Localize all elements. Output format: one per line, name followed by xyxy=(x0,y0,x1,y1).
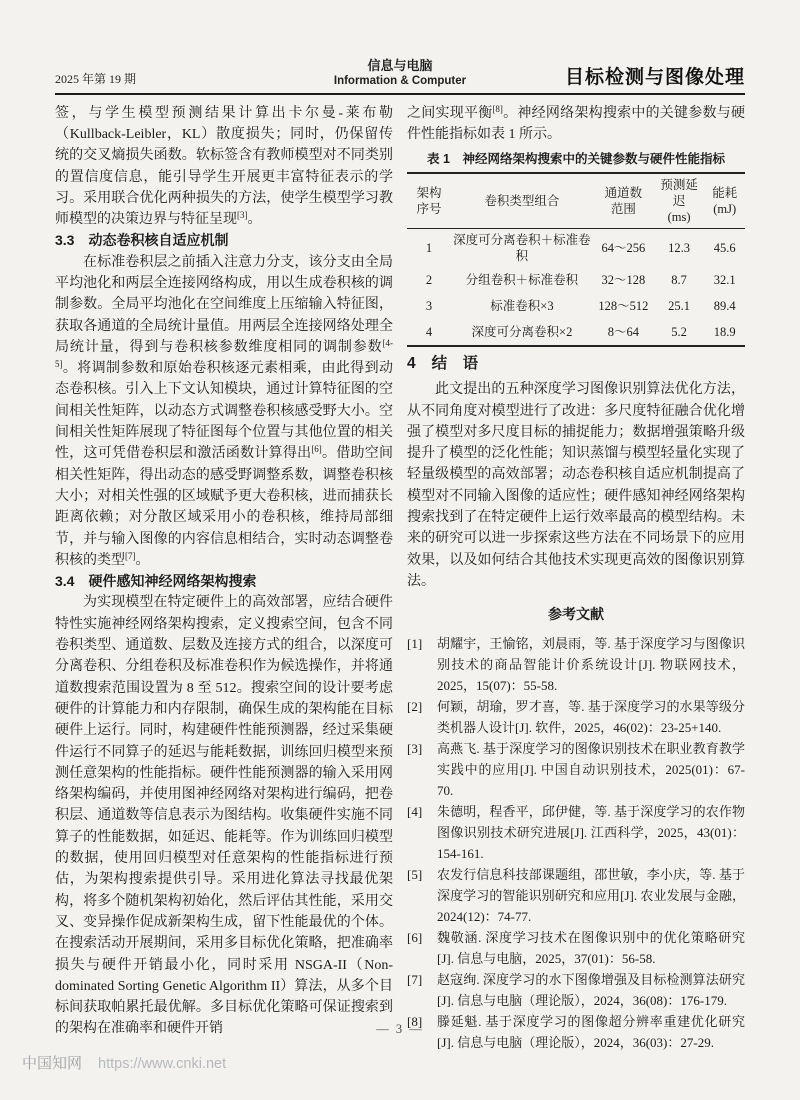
cell-channel-range: 8～64 xyxy=(593,319,654,346)
section-number: 3.3 xyxy=(55,232,74,248)
paragraph-balance: 之间实现平衡[8]。神经网络架构搜索中的关键参数与硬件性能指标如表 1 所示。 xyxy=(407,103,745,146)
reference-text: 胡耀宇，王愉铭，刘晨雨，等. 基于深度学习与图像识别技术的商品智能计价系统设计[… xyxy=(437,636,745,693)
page-header: 2025 年第 19 期 信息与电脑 Information & Compute… xyxy=(55,58,745,95)
reference-item: [4]朱德明，程香平，邱伊健，等. 基于深度学习的农作物图像识别技术研究进展[J… xyxy=(407,801,745,864)
citation-ref-7: [7] xyxy=(125,551,136,561)
reference-item: [2]何颖，胡瑜，罗才喜，等. 基于深度学习的水果等级分类机器人设计[J]. 软… xyxy=(407,696,745,738)
table-header-energy: 能耗(mJ) xyxy=(704,173,745,229)
right-column: 之间实现平衡[8]。神经网络架构搜索中的关键参数与硬件性能指标如表 1 所示。 … xyxy=(407,103,745,1054)
section-heading-3-4: 3.4硬件感知神经网络架构搜索 xyxy=(55,571,393,592)
cell-energy: 18.9 xyxy=(704,319,745,346)
reference-text: 何颖，胡瑜，罗才喜，等. 基于深度学习的水果等级分类机器人设计[J]. 软件，2… xyxy=(437,699,745,735)
nas-parameters-table: 架构序号 卷积类型组合 通道数范围 预测延迟(ms) 能耗(mJ) 1 深度可分… xyxy=(407,172,745,347)
reference-text: 高燕飞. 基于深度学习的图像识别技术在职业教育教学实践中的应用[J]. 中国自动… xyxy=(437,741,745,798)
paragraph-hardware-nas: 为实现模型在特定硬件上的高效部署，应结合硬件特性实施神经网络架构搜索，定义搜索空… xyxy=(55,592,393,1039)
cnki-watermark: 中国知网https://www.cnki.net xyxy=(22,1052,226,1073)
reference-item: [6]魏敬涵. 深度学习技术在图像识别中的优化策略研究[J]. 信息与电脑，20… xyxy=(407,927,745,969)
reference-text: 农发行信息科技部课题组，邵世敏，李小庆，等. 基于深度学习的智能识别研究和应用[… xyxy=(437,867,745,924)
cell-latency: 12.3 xyxy=(654,229,705,268)
table-header-channel-range: 通道数范围 xyxy=(593,173,654,229)
cell-conv-combo: 深度可分离卷积＋标准卷积 xyxy=(451,229,593,268)
section-number: 3.4 xyxy=(55,573,74,589)
citation-ref-8: [8] xyxy=(492,104,503,114)
cell-latency: 8.7 xyxy=(654,267,705,293)
paragraph-text: 。 xyxy=(136,553,150,568)
cell-channel-range: 128～512 xyxy=(593,293,654,319)
reference-marker: [4] xyxy=(407,801,422,822)
left-column: 签，与学生模型预测结果计算出卡尔曼-莱布勒（Kullback-Leibler，K… xyxy=(55,103,393,1054)
page-number: — 3 — xyxy=(0,1022,800,1037)
cell-conv-combo: 深度可分离卷积×2 xyxy=(451,319,593,346)
section-number: 4 xyxy=(407,355,416,372)
cell-energy: 89.4 xyxy=(704,293,745,319)
cell-arch-no: 2 xyxy=(407,267,451,293)
cell-conv-combo: 标准卷积×3 xyxy=(451,293,593,319)
cell-channel-range: 64～256 xyxy=(593,229,654,268)
journal-title-en: Information & Computer xyxy=(295,74,505,88)
table-header-latency: 预测延迟(ms) xyxy=(654,173,705,229)
reference-text: 赵寇绚. 深度学习的水下图像增强及目标检测算法研究[J]. 信息与电脑（理论版）… xyxy=(437,972,745,1008)
reference-item: [1]胡耀宇，王愉铭，刘晨雨，等. 基于深度学习与图像识别技术的商品智能计价系统… xyxy=(407,633,745,696)
table-row: 2 分组卷积＋标准卷积 32～128 8.7 32.1 xyxy=(407,267,745,293)
reference-item: [7]赵寇绚. 深度学习的水下图像增强及目标检测算法研究[J]. 信息与电脑（理… xyxy=(407,969,745,1011)
issue-label: 2025 年第 19 期 xyxy=(55,70,295,89)
cell-latency: 5.2 xyxy=(654,319,705,346)
table-row: 1 深度可分离卷积＋标准卷积 64～256 12.3 45.6 xyxy=(407,229,745,268)
journal-title-block: 信息与电脑 Information & Computer xyxy=(295,58,505,89)
table-header-row: 架构序号 卷积类型组合 通道数范围 预测延迟(ms) 能耗(mJ) xyxy=(407,173,745,229)
journal-page: 2025 年第 19 期 信息与电脑 Information & Compute… xyxy=(0,0,800,1100)
cell-arch-no: 4 xyxy=(407,319,451,346)
paragraph-text: 签，与学生模型预测结果计算出卡尔曼-莱布勒（Kullback-Leibler，K… xyxy=(55,106,393,227)
paragraph-text: 在标准卷积层之前插入注意力分支，该分支由全局平均池化和两层全连接网络构成，用以生… xyxy=(55,255,393,355)
section-title: 结 语 xyxy=(432,355,479,372)
journal-title-cn: 信息与电脑 xyxy=(295,58,505,74)
citation-ref-6: [6] xyxy=(311,444,322,454)
citation-ref-3: [3] xyxy=(237,210,248,220)
reference-marker: [3] xyxy=(407,738,422,759)
reference-marker: [6] xyxy=(407,927,422,948)
cell-energy: 45.6 xyxy=(704,229,745,268)
cell-conv-combo: 分组卷积＋标准卷积 xyxy=(451,267,593,293)
section-title: 硬件感知神经网络架构搜索 xyxy=(88,573,256,589)
paragraph-conclusion: 此文提出的五种深度学习图像识别算法优化方法，从不同角度对模型进行了改进：多尺度特… xyxy=(407,379,745,592)
table-header-conv-combo: 卷积类型组合 xyxy=(451,173,593,229)
cnki-url: https://www.cnki.net xyxy=(98,1056,226,1072)
column-title: 目标检测与图像处理 xyxy=(505,62,745,89)
reference-marker: [1] xyxy=(407,633,422,654)
table-caption: 表 1 神经网络架构搜索中的关键参数与硬件性能指标 xyxy=(407,150,745,168)
paragraph-text: 。借助空间相关性矩阵，得出动态的感受野调整系数，调整卷积核大小；对相关性强的区域… xyxy=(55,446,393,567)
reference-marker: [5] xyxy=(407,864,422,885)
reference-marker: [2] xyxy=(407,696,422,717)
article-body: 签，与学生模型预测结果计算出卡尔曼-莱布勒（Kullback-Leibler，K… xyxy=(55,103,745,1054)
references-list: [1]胡耀宇，王愉铭，刘晨雨，等. 基于深度学习与图像识别技术的商品智能计价系统… xyxy=(407,633,745,1053)
reference-marker: [7] xyxy=(407,969,422,990)
cell-arch-no: 3 xyxy=(407,293,451,319)
paragraph-text: 之间实现平衡 xyxy=(407,106,492,121)
reference-item: [5]农发行信息科技部课题组，邵世敏，李小庆，等. 基于深度学习的智能识别研究和… xyxy=(407,864,745,927)
cell-latency: 25.1 xyxy=(654,293,705,319)
table-row: 4 深度可分离卷积×2 8～64 5.2 18.9 xyxy=(407,319,745,346)
cnki-site-name: 中国知网 xyxy=(22,1055,82,1072)
paragraph-knowledge-distillation: 签，与学生模型预测结果计算出卡尔曼-莱布勒（Kullback-Leibler，K… xyxy=(55,103,393,231)
cell-channel-range: 32～128 xyxy=(593,267,654,293)
reference-item: [3]高燕飞. 基于深度学习的图像识别技术在职业教育教学实践中的应用[J]. 中… xyxy=(407,738,745,801)
section-heading-4: 4结 语 xyxy=(407,352,745,376)
cell-arch-no: 1 xyxy=(407,229,451,268)
reference-text: 朱德明，程香平，邱伊健，等. 基于深度学习的农作物图像识别技术研究进展[J]. … xyxy=(437,804,745,861)
paragraph-dynamic-kernel: 在标准卷积层之前插入注意力分支，该分支由全局平均池化和两层全连接网络构成，用以生… xyxy=(55,252,393,571)
table-header-arch-no: 架构序号 xyxy=(407,173,451,229)
reference-text: 魏敬涵. 深度学习技术在图像识别中的优化策略研究[J]. 信息与电脑，2025，… xyxy=(437,930,745,966)
table-row: 3 标准卷积×3 128～512 25.1 89.4 xyxy=(407,293,745,319)
cell-energy: 32.1 xyxy=(704,267,745,293)
section-heading-3-3: 3.3动态卷积核自适应机制 xyxy=(55,230,393,251)
references-title: 参考文献 xyxy=(407,604,745,625)
section-title: 动态卷积核自适应机制 xyxy=(88,232,228,248)
paragraph-text: 。 xyxy=(248,212,262,227)
